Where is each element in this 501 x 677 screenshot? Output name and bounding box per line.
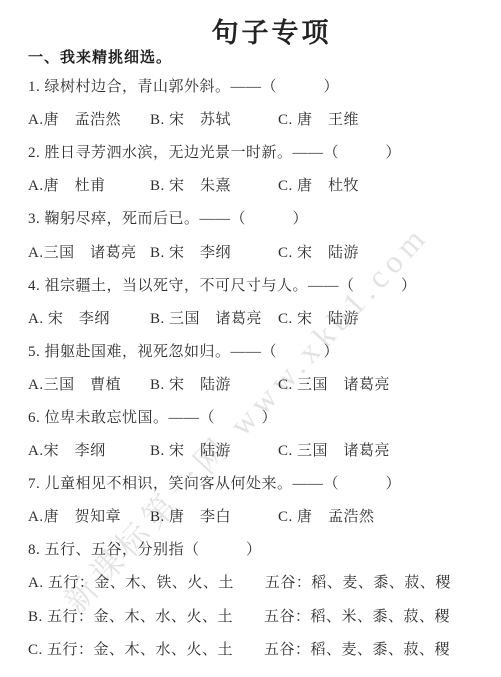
option-b: B. 宋 李纲 xyxy=(150,241,278,262)
option-b: B. 宋 陆游 xyxy=(150,373,278,394)
option-b: B. 三国 诸葛亮 xyxy=(150,307,278,328)
options-row: A.三国 曹植 B. 宋 陆游 C. 三国 诸葛亮 xyxy=(28,367,485,400)
question-stem: 4. 祖宗疆土，当以死守，不可尺寸与人。——（ ） xyxy=(28,268,485,301)
options-row: A.宋 李纲 B. 宋 陆游 C. 三国 诸葛亮 xyxy=(28,433,485,466)
option-c: C. 宋 陆游 xyxy=(278,307,485,328)
option-c: C. 唐 杜牧 xyxy=(278,174,485,195)
option-line-c: C. 五行：金、木、水、火、土 五谷：稻、麦、黍、菽、稷 xyxy=(28,632,485,665)
worksheet-content: 句子专项 一、我来精挑细选。 1. 绿树村边合，青山郭外斜。——（ ） A.唐 … xyxy=(0,0,501,665)
question-stem: 6. 位卑未敢忘忧国。——（ ） xyxy=(28,400,485,433)
option-line-b: B. 五行：金、木、水、火、土 五谷：稻、米、黍、菽、稷 xyxy=(28,599,485,632)
options-row: A.三国 诸葛亮 B. 宋 李纲 C. 宋 陆游 xyxy=(28,234,485,267)
option-b: B. 宋 陆游 xyxy=(150,439,278,460)
question-stem: 8. 五行、五谷，分别指（ ） xyxy=(28,532,485,565)
question-stem: 1. 绿树村边合，青山郭外斜。——（ ） xyxy=(28,69,485,102)
worksheet-page: 新课标第一网 www.xkb1.com 句子专项 一、我来精挑细选。 1. 绿树… xyxy=(0,0,501,677)
question-stem: 3. 鞠躬尽瘁，死而后已。——（ ） xyxy=(28,201,485,234)
option-a: A.宋 李纲 xyxy=(28,439,150,460)
option-line-a: A. 五行：金、木、铁、火、土 五谷：稻、麦、黍、菽、稷 xyxy=(28,565,485,598)
option-c: C. 宋 陆游 xyxy=(278,241,485,262)
question-stem: 7. 儿童相见不相识，笑问客从何处来。——（ ） xyxy=(28,466,485,499)
option-c: C. 三国 诸葛亮 xyxy=(278,439,485,460)
option-b: B. 宋 苏轼 xyxy=(150,108,278,129)
question-stem: 5. 捐躯赴国难，视死忽如归。——（ ） xyxy=(28,334,485,367)
page-title: 句子专项 xyxy=(28,0,485,46)
option-a: A.唐 贺知章 xyxy=(28,505,150,526)
option-c: C. 唐 王维 xyxy=(278,108,485,129)
option-a: A.三国 诸葛亮 xyxy=(28,241,150,262)
option-a: A.三国 曹植 xyxy=(28,373,150,394)
question-stem: 2. 胜日寻芳泗水滨，无边光景一时新。——（ ） xyxy=(28,135,485,168)
option-b: B. 唐 李白 xyxy=(150,505,278,526)
options-row: A.唐 杜甫 B. 宋 朱熹 C. 唐 杜牧 xyxy=(28,168,485,201)
options-row: A.唐 孟浩然 B. 宋 苏轼 C. 唐 王维 xyxy=(28,102,485,135)
options-row: A.唐 贺知章 B. 唐 李白 C. 唐 孟浩然 xyxy=(28,499,485,532)
option-b: B. 宋 朱熹 xyxy=(150,174,278,195)
option-a: A.唐 孟浩然 xyxy=(28,108,150,129)
option-a: A. 宋 李纲 xyxy=(28,307,150,328)
option-a: A.唐 杜甫 xyxy=(28,174,150,195)
option-c: C. 唐 孟浩然 xyxy=(278,505,485,526)
option-c: C. 三国 诸葛亮 xyxy=(278,373,485,394)
options-row: A. 宋 李纲 B. 三国 诸葛亮 C. 宋 陆游 xyxy=(28,301,485,334)
